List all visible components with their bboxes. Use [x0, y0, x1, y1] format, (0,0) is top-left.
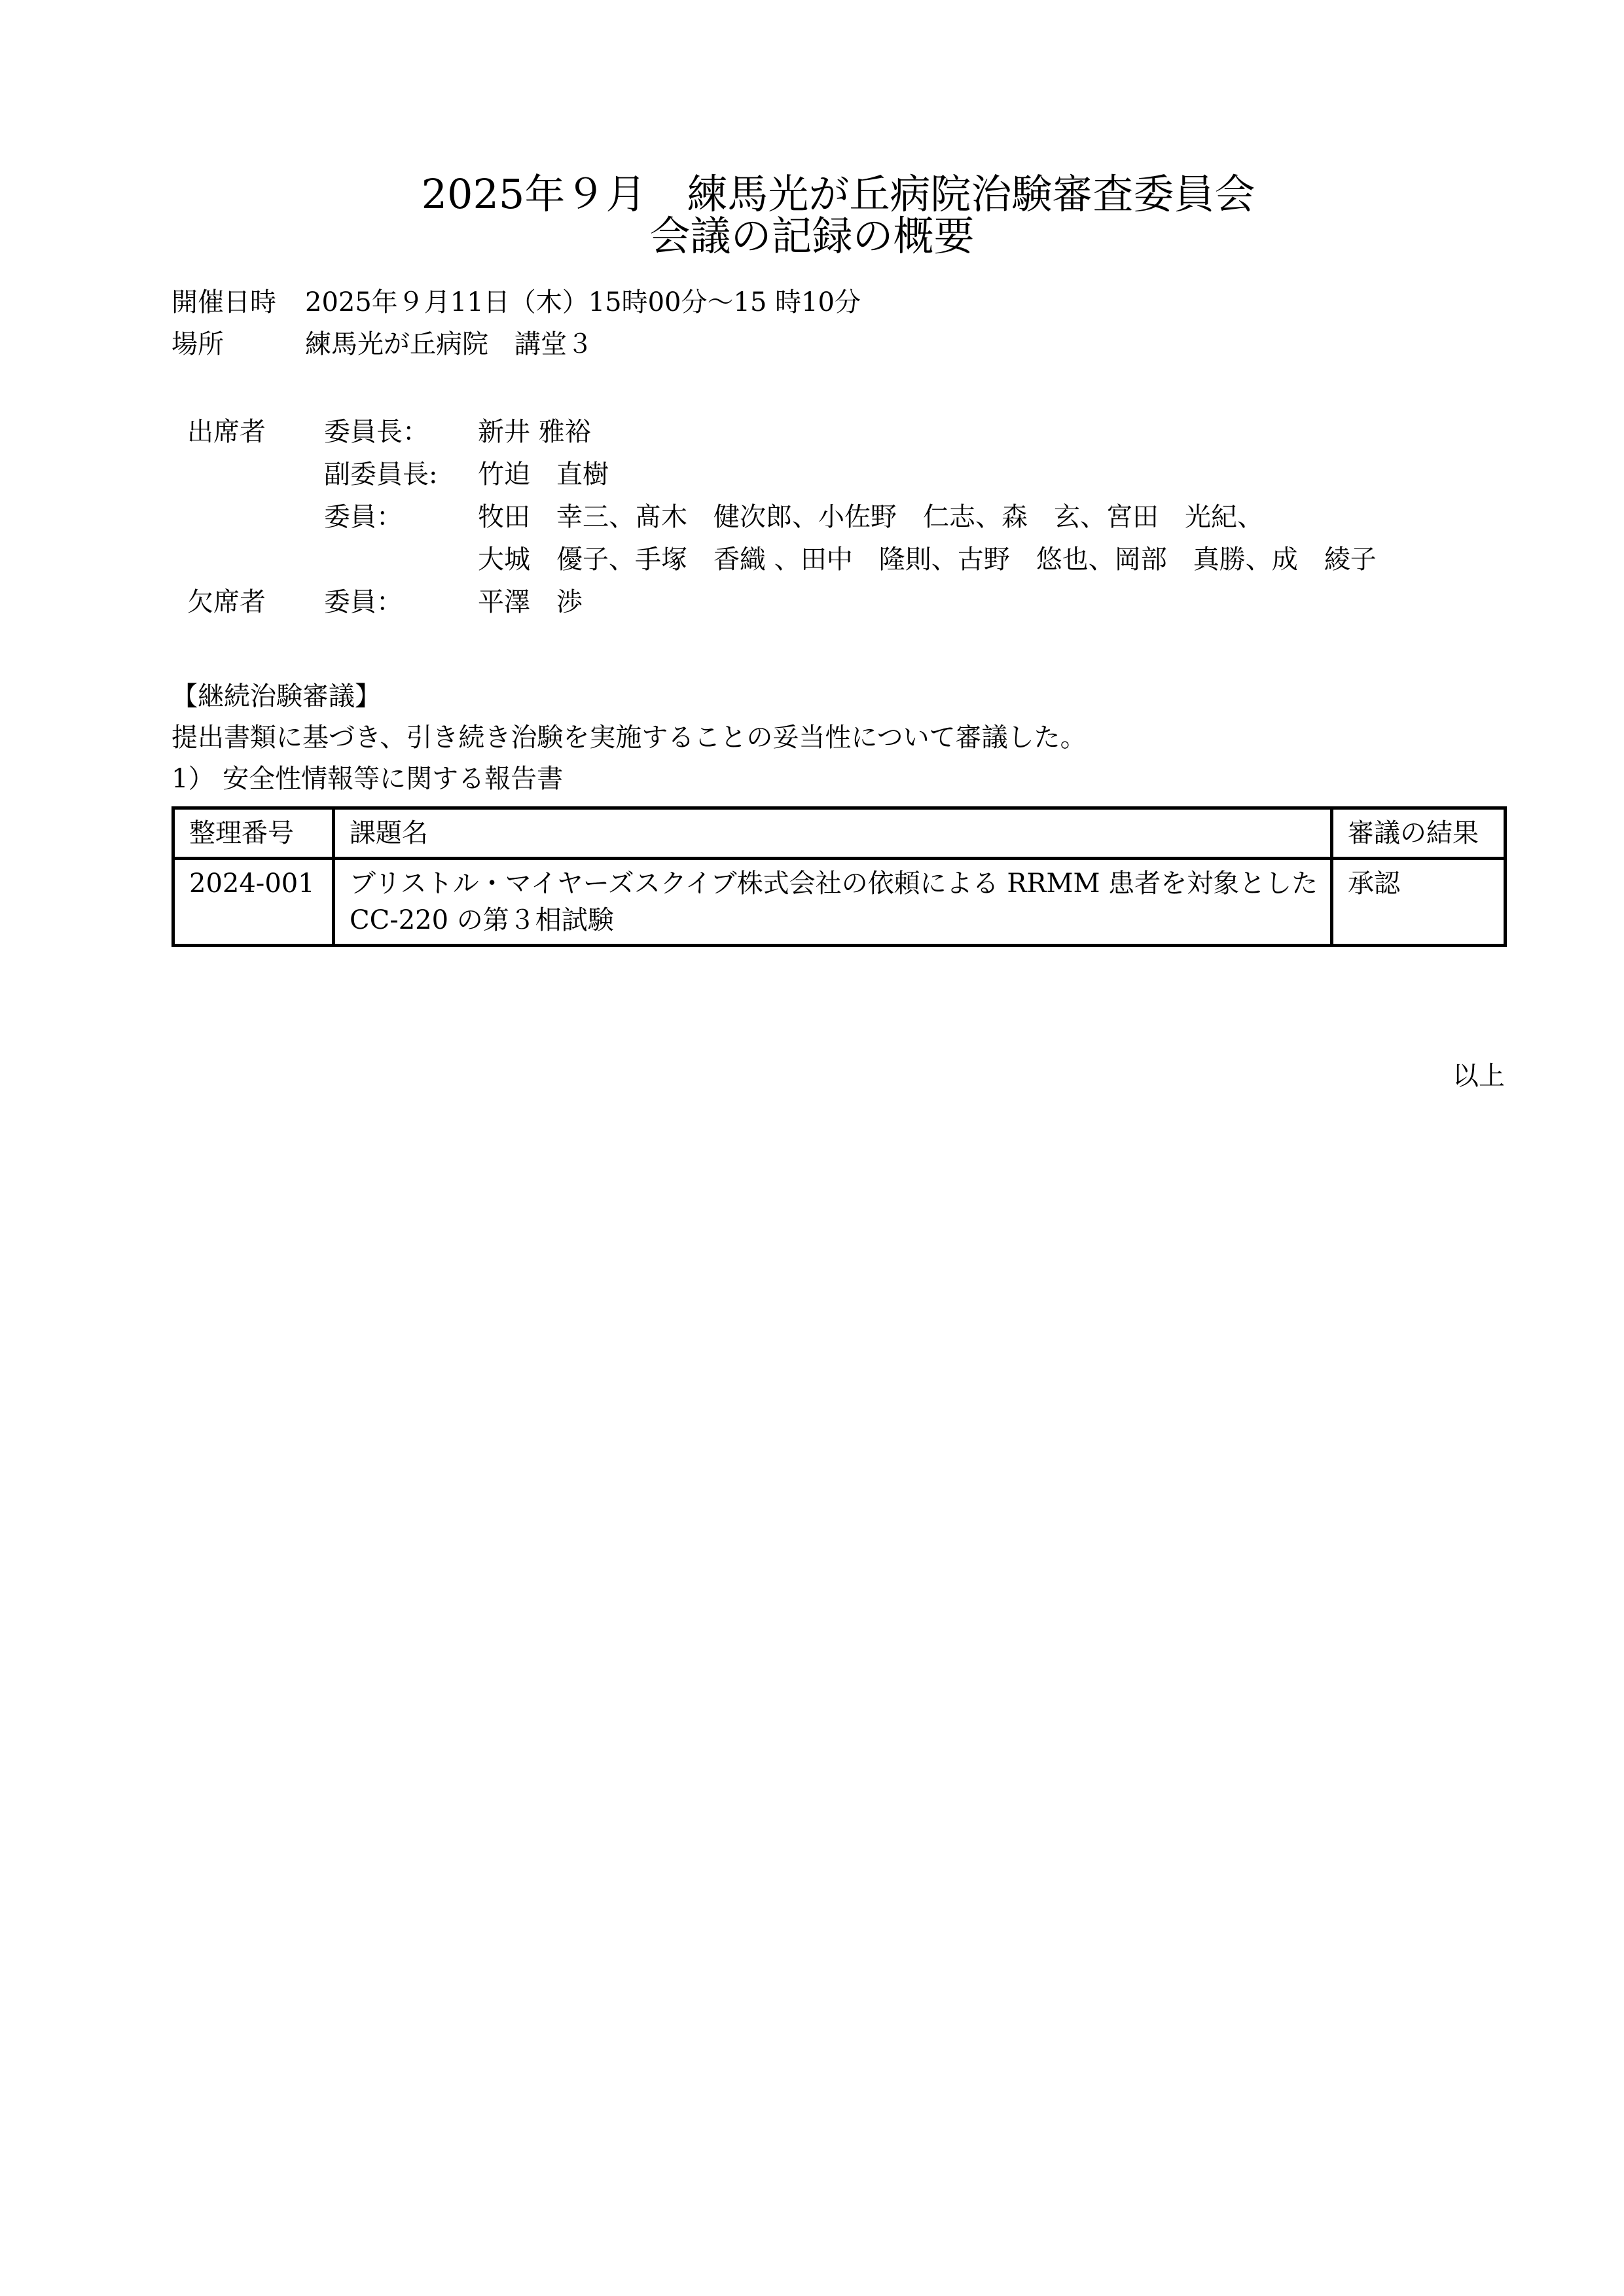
header-title: 課題名 — [334, 808, 1332, 859]
cell-title: ブリストル・マイヤーズスクイブ株式会社の依頼による RRMM 患者を対象とした … — [334, 859, 1332, 946]
absent-role: 委員： — [324, 586, 403, 618]
review-results-table: 整理番号 課題名 審議の結果 2024-001 ブリストル・マイヤーズスクイブ株… — [171, 806, 1507, 947]
vice-chair-name: 竹迫 直樹 — [478, 459, 609, 490]
meeting-place-label: 場所 — [171, 329, 224, 360]
absent-name: 平澤 渉 — [478, 586, 583, 618]
meeting-date-label: 開催日時 — [171, 287, 276, 318]
cell-result: 承認 — [1332, 859, 1506, 946]
members-line-1: 牧田 幸三、髙木 健次郎、小佐野 仁志、森 玄、宮田 光紀、 — [478, 501, 1263, 533]
members-line-2: 大城 優子、手塚 香織 、田中 隆則、古野 悠也、岡部 真勝、成 綾子 — [478, 544, 1377, 575]
header-result: 審議の結果 — [1332, 808, 1506, 859]
subsection-heading: 1） 安全性情報等に関する報告書 — [171, 763, 563, 795]
chair-role: 委員長： — [324, 416, 429, 448]
header-id: 整理番号 — [173, 808, 334, 859]
present-label: 出席者 — [187, 416, 266, 448]
table-row: 2024-001 ブリストル・マイヤーズスクイブ株式会社の依頼による RRMM … — [173, 859, 1506, 946]
members-role: 委員： — [324, 501, 403, 533]
table-header-row: 整理番号 課題名 審議の結果 — [173, 808, 1506, 859]
section-heading: 【継続治験審議】 — [171, 681, 381, 712]
document-title-line-1: 2025年９月 練馬光が丘病院治験審査委員会 — [26, 171, 1624, 217]
vice-chair-role: 副委員長: — [324, 459, 437, 490]
absent-label: 欠席者 — [187, 586, 266, 618]
chair-name: 新井 雅裕 — [478, 416, 591, 448]
meeting-place-value: 練馬光が丘病院 講堂３ — [305, 329, 593, 360]
section-description: 提出書類に基づき、引き続き治験を実施することの妥当性について審議した。 — [171, 722, 1087, 753]
cell-id: 2024-001 — [173, 859, 334, 946]
document-title-line-2: 会議の記録の概要 — [0, 213, 1624, 259]
closing-mark: 以上 — [1453, 1060, 1505, 1092]
meeting-date-value: 2025年９月11日（木）15時00分～15 時10分 — [305, 287, 861, 318]
